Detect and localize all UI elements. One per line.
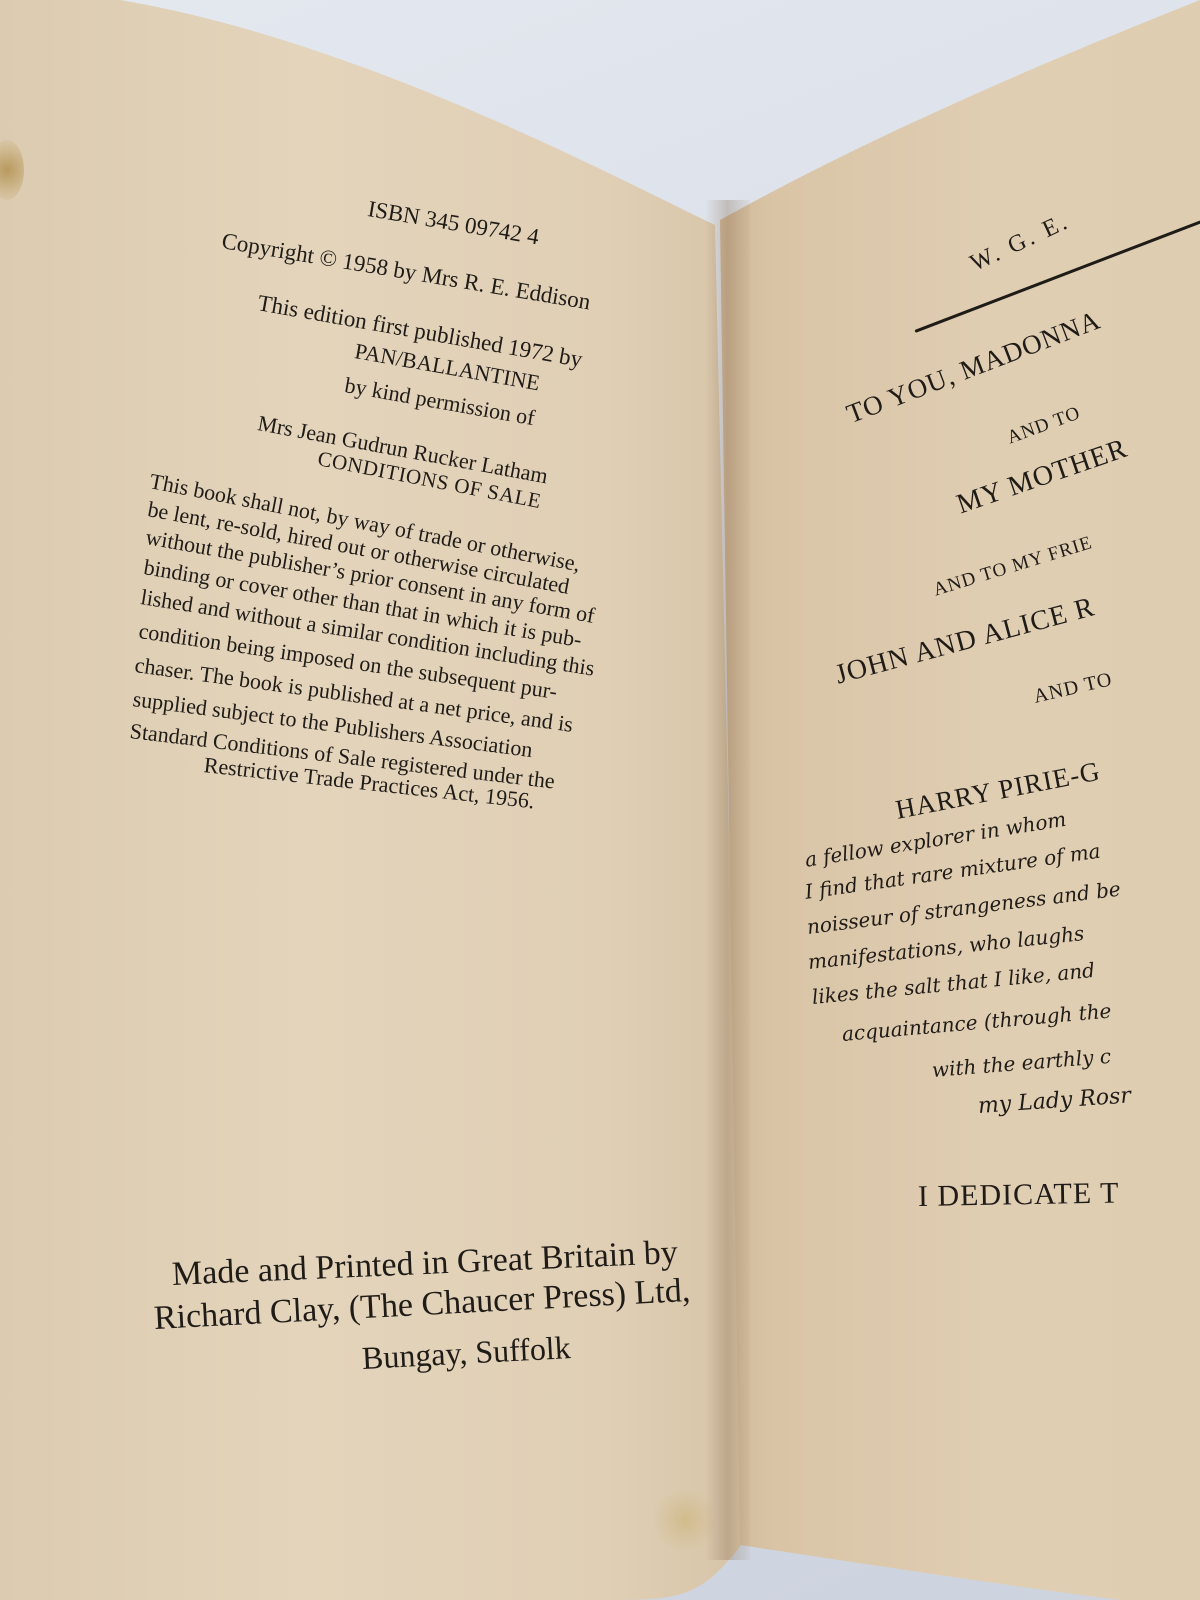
paper-stain (650, 1490, 720, 1550)
book-photo: ISBN 345 09742 4 Copyright © 1958 by Mrs… (0, 0, 1200, 1600)
book-gutter (705, 200, 750, 1560)
dedication-closing: I DEDICATE T (918, 1176, 1120, 1214)
